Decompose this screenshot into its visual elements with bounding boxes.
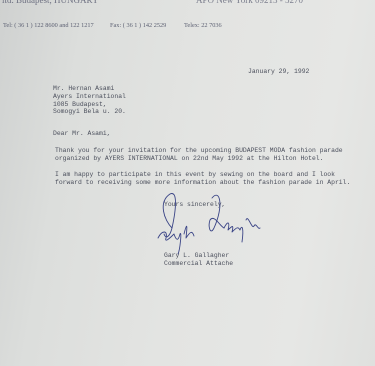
salutation: Dear Mr. Asami, [53, 130, 111, 138]
signer-name: Gary L. Gallagher [164, 252, 233, 260]
body-paragraph-1: Thank you for your invitation for the up… [55, 147, 343, 163]
letterhead-telephone: Tel: ( 36 1 ) 122 8600 and 122 1217 [3, 22, 94, 29]
letterhead-fax: Fax: ( 36 1 ) 142 2529 [110, 22, 166, 29]
paragraph-line: forward to receiving some more informati… [55, 179, 350, 187]
handwritten-signature [150, 190, 270, 260]
recipient-street: Somogyi Bela u. 20. [53, 108, 126, 116]
letterhead-telex: Telex: 22 7036 [184, 22, 222, 29]
paragraph-line: Thank you for your invitation for the up… [55, 147, 343, 155]
letterhead-address-right: APO New York 09213 - 5270 [196, 0, 303, 5]
recipient-name: Mr. Hernan Asami [53, 85, 126, 93]
letterhead-address-left: ltd. Budapest, HUNGARY [2, 0, 99, 5]
letter-date: January 29, 1992 [248, 68, 309, 76]
recipient-city: 1085 Budapest, [53, 101, 126, 109]
recipient-company: Ayers International [53, 93, 126, 101]
recipient-address: Mr. Hernan AsamiAyers International1085 … [53, 85, 126, 116]
body-paragraph-2: I am happy to participate in this event … [55, 171, 350, 187]
signer-block: Gary L. GallagherCommercial Attache [164, 252, 233, 268]
signer-title: Commercial Attache [164, 260, 233, 268]
paragraph-line: organized by AYERS INTERNATIONAL on 22nd… [55, 155, 343, 163]
paragraph-line: I am happy to participate in this event … [55, 171, 350, 179]
